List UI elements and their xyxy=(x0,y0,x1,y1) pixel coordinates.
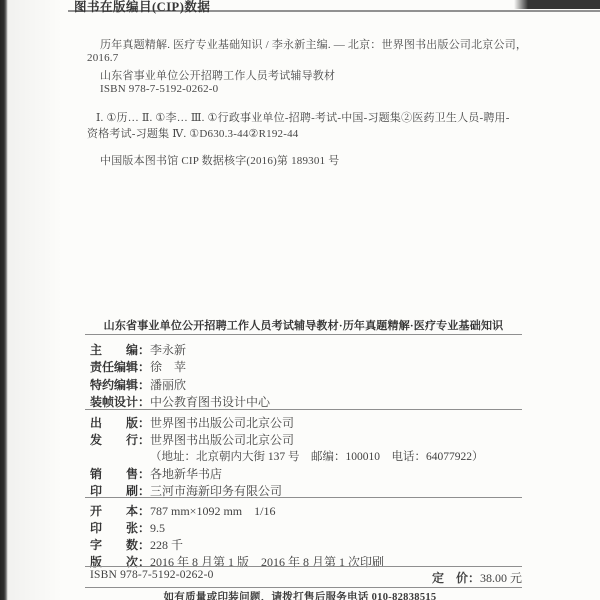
price: 定 价：38.00 元 xyxy=(432,569,522,586)
cip-classification-line1: Ⅰ. ①历… Ⅱ. ①李… Ⅲ. ①行政事业单位-招聘-考试-中国-习题集②医药… xyxy=(96,109,510,125)
credit-row-managing-editor: 责任编辑：徐 苹 xyxy=(90,358,186,375)
publishing-label: 印 刷： xyxy=(90,484,150,498)
series-title: 山东省事业单位公开招聘工作人员考试辅导教材·历年真题精解·医疗专业基础知识 xyxy=(85,317,522,333)
scan-left-edge xyxy=(0,0,8,600)
credit-label: 特约编辑： xyxy=(90,378,150,392)
credit-label: 主 编： xyxy=(90,343,150,357)
after-sales-service-note: 如有质量或印装问题，请拨打售后服务电话 010-82838515 xyxy=(0,589,600,600)
divider-1 xyxy=(85,334,522,335)
credit-value: 中公教育图书设计中心 xyxy=(150,395,270,409)
spec-row-edition: 版 次：2016 年 8 月第 1 版 2016 年 8 月第 1 次印刷 xyxy=(90,553,384,570)
book-copyright-page: 图书在版编目(CIP)数据 历年真题精解. 医疗专业基础知识 / 李永新主编. … xyxy=(0,0,600,600)
cip-series-note: 山东省事业单位公开招聘工作人员考试辅导教材 xyxy=(100,67,335,83)
cip-record-number: 中国版本图书馆 CIP 数据核字(2016)第 189301 号 xyxy=(100,152,339,168)
publishing-row-distributor: 发 行：世界图书出版公司北京公司 xyxy=(90,431,294,448)
spec-row-sheets: 印 张：9.5 xyxy=(90,519,165,536)
credit-value: 李永新 xyxy=(150,343,186,357)
spec-row-word-count: 字 数：228 千 xyxy=(90,536,183,553)
spec-value: 9.5 xyxy=(150,521,165,535)
spec-value: 787 mm×1092 mm 1/16 xyxy=(150,504,275,518)
isbn-number: ISBN 978-7-5192-0262-0 xyxy=(90,569,214,581)
credit-value: 徐 苹 xyxy=(150,360,186,374)
publishing-value: 世界图书出版公司北京公司 xyxy=(150,433,294,447)
cip-isbn-line: ISBN 978-7-5192-0262-0 xyxy=(100,83,218,95)
publisher-address-line: （地址：北京朝内大街 137 号 邮编：100010 电话：64077922） xyxy=(150,448,484,464)
publishing-row-sales: 销 售：各地新华书店 xyxy=(90,465,222,482)
publishing-label: 销 售： xyxy=(90,467,150,481)
divider-4 xyxy=(85,566,522,567)
publishing-row-publisher: 出 版：世界图书出版公司北京公司 xyxy=(90,414,294,431)
spec-label: 开 本： xyxy=(90,504,150,518)
cip-heading: 图书在版编目(CIP)数据 xyxy=(74,0,210,15)
credit-row-chief-editor: 主 编：李永新 xyxy=(90,341,186,358)
credit-row-cover-design: 装帧设计：中公教育图书设计中心 xyxy=(90,393,270,410)
cip-classification-line2: 资格考试-习题集 Ⅳ. ①D630.3-44②R192-44 xyxy=(87,125,298,141)
spec-row-format: 开 本：787 mm×1092 mm 1/16 xyxy=(90,502,275,519)
credit-label: 装帧设计： xyxy=(90,395,150,409)
divider-5 xyxy=(85,587,522,588)
price-label: 定 价： xyxy=(432,571,480,585)
publishing-label: 发 行： xyxy=(90,433,150,447)
credit-row-contributing-editor: 特约编辑：潘丽欣 xyxy=(90,376,186,393)
cip-description-line2: 2016.7 xyxy=(87,52,118,64)
credit-label: 责任编辑： xyxy=(90,360,150,374)
cip-description-line1: 历年真题精解. 医疗专业基础知识 / 李永新主编. — 北京：世界图书出版公司北… xyxy=(100,36,527,52)
spec-value: 228 千 xyxy=(150,538,183,552)
divider-2 xyxy=(85,409,522,410)
spec-label: 印 张： xyxy=(90,521,150,535)
spec-label: 字 数： xyxy=(90,538,150,552)
price-value: 38.00 元 xyxy=(480,571,522,585)
publishing-value: （地址：北京朝内大街 137 号 邮编：100010 电话：64077922） xyxy=(150,451,484,463)
credit-value: 潘丽欣 xyxy=(150,378,186,392)
publishing-value: 世界图书出版公司北京公司 xyxy=(150,416,294,430)
publishing-value: 三河市海新印务有限公司 xyxy=(150,484,282,498)
scan-top-edge xyxy=(514,0,600,9)
publishing-value: 各地新华书店 xyxy=(150,467,222,481)
divider-3 xyxy=(85,497,522,498)
publishing-label: 出 版： xyxy=(90,416,150,430)
